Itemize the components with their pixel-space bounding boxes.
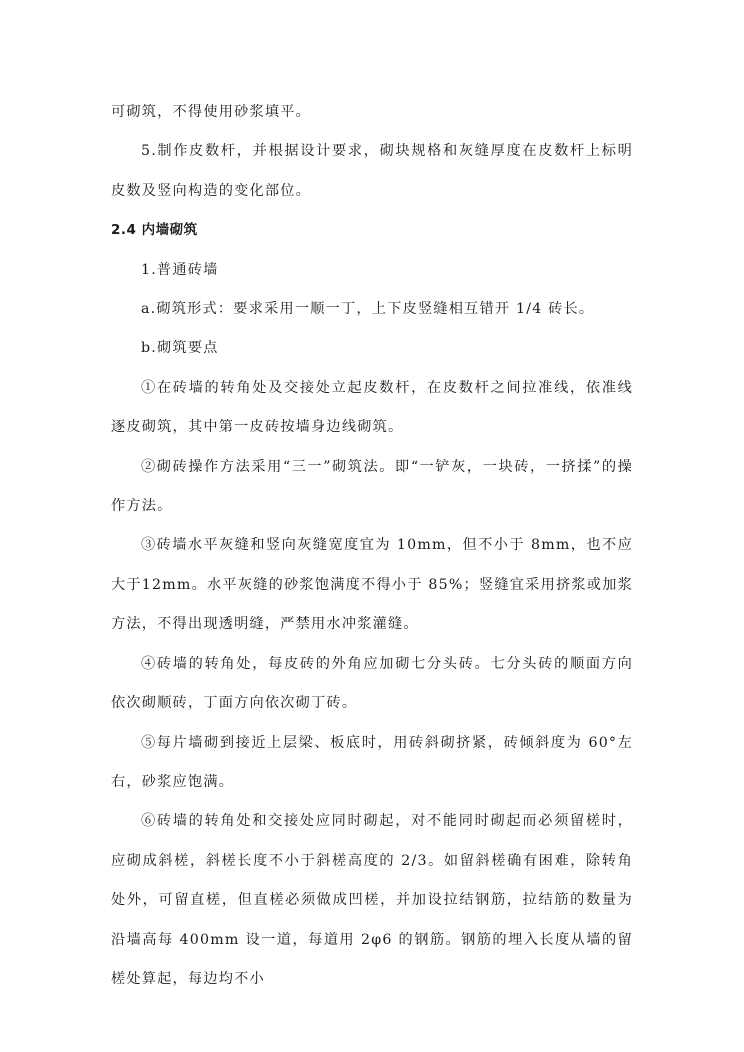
paragraph-continuation: 可砌筑，不得使用砂浆填平。 bbox=[111, 93, 633, 132]
paragraph-point-1: ①在砖墙的转角处及交接处立起皮数杆，在皮数杆之间拉准线，依准线逐皮砌筑，其中第一… bbox=[111, 369, 633, 448]
section-heading: 2.4 内墙砌筑 bbox=[111, 211, 633, 250]
paragraph-point-5: ⑤每片墙砌到接近上层梁、板底时，用砖斜砌挤紧，砖倾斜度为 60°左右，砂浆应饱满… bbox=[111, 724, 633, 803]
document-page: 可砌筑，不得使用砂浆填平。 5.制作皮数杆，并根据设计要求，砌块规格和灰缝厚度在… bbox=[111, 93, 633, 999]
paragraph-point-4: ④砖墙的转角处，每皮砖的外角应加砌七分头砖。七分头砖的顺面方向依次砌顺砖，丁面方… bbox=[111, 645, 633, 724]
paragraph-point-2: ②砌砖操作方法采用“三一”砌筑法。即“一铲灰，一块砖，一挤揉”的操作方法。 bbox=[111, 448, 633, 527]
paragraph-item-b: b.砌筑要点 bbox=[111, 329, 633, 368]
paragraph-item-a: a.砌筑形式：要求采用一顺一丁，上下皮竖缝相互错开 1/4 砖长。 bbox=[111, 290, 633, 329]
paragraph-subheading-1: 1.普通砖墙 bbox=[111, 251, 633, 290]
paragraph-point-6: ⑥砖墙的转角处和交接处应同时砌起，对不能同时砌起而必须留槎时，应砌成斜槎，斜槎长… bbox=[111, 802, 633, 999]
paragraph-point-3: ③砖墙水平灰缝和竖向灰缝宽度宜为 10mm，但不小于 8mm，也不应大于12mm… bbox=[111, 526, 633, 644]
paragraph-item-5: 5.制作皮数杆，并根据设计要求，砌块规格和灰缝厚度在皮数杆上标明皮数及竖向构造的… bbox=[111, 132, 633, 211]
